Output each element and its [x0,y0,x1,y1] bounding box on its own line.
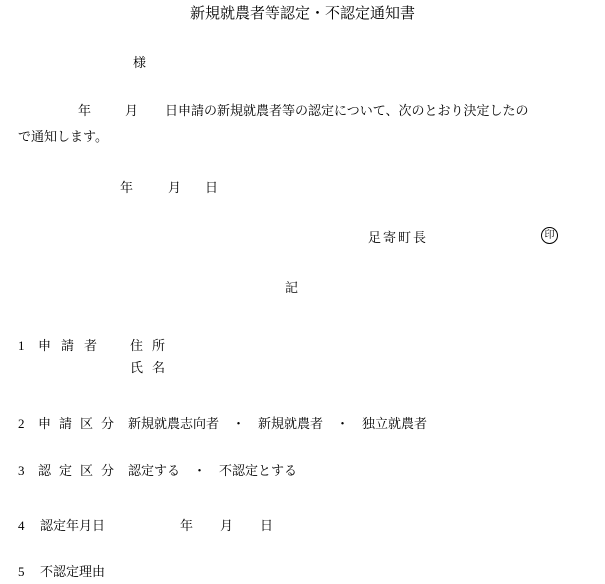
body-paragraph-line1: 日申請の新規就農者等の認定について、次のとおり決定したの [165,104,528,118]
item-4-date-month-label: 月 [220,519,233,533]
issue-date-day-label: 日 [205,181,218,195]
item-1-field-name-label: 氏名 [130,361,174,375]
item-3-label: 認定区分 [38,464,122,478]
item-1-number: 1 [18,339,25,353]
item-5-label: 不認定理由 [40,565,105,579]
issue-date-month-label: 月 [168,181,181,195]
item-5-number: 5 [18,565,25,579]
item-4-number: 4 [18,519,25,533]
application-date-month-label: 月 [125,104,138,118]
seal-icon: 印 [541,227,558,244]
item-3-number: 3 [18,464,25,478]
item-2-options: 新規就農志向者 ・ 新規就農者 ・ 独立就農者 [128,417,427,431]
item-4-date-year-label: 年 [180,519,193,533]
item-1-label: 申請者 [38,339,107,353]
record-marker: 記 [285,281,298,295]
document-page: 新規就農者等認定・不認定通知書 様 年 月 日申請の新規就農者等の認定について、… [0,0,605,584]
application-date-year-label: 年 [78,104,91,118]
addressee-honorific: 様 [133,56,146,70]
issuer-name: 足寄町長 [368,231,428,245]
body-paragraph-line2: で通知します。 [18,130,108,144]
item-3-options: 認定する ・ 不認定とする [128,464,297,478]
item-4-label: 認定年月日 [40,519,105,533]
item-2-label: 申請区分 [38,417,122,431]
item-1-field-address-label: 住所 [130,339,174,353]
document-title: 新規就農者等認定・不認定通知書 [0,6,605,23]
issue-date-year-label: 年 [120,181,133,195]
item-2-number: 2 [18,417,25,431]
item-4-date-day-label: 日 [260,519,273,533]
